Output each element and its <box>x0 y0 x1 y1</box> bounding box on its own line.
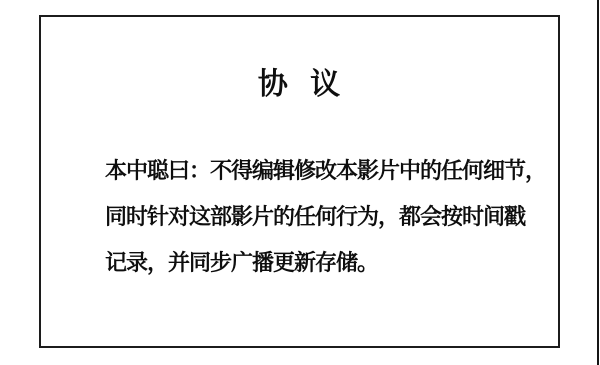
agreement-card: 协 议 本中聪曰：不得编辑修改本影片中的任何细节， 同时针对这部影片的任何行为，… <box>39 15 560 348</box>
agreement-body-line-2: 同时针对这部影片的任何行为，都会按时间戳 <box>105 194 520 240</box>
frame-edge-artifact-line <box>597 0 599 365</box>
video-frame: { "page": { "title": "协 议", "body_lines"… <box>0 0 600 365</box>
agreement-body: 本中聪曰：不得编辑修改本影片中的任何细节， 同时针对这部影片的任何行为，都会按时… <box>41 148 558 286</box>
agreement-body-line-3: 记录，并同步广播更新存储。 <box>105 240 520 286</box>
agreement-body-line-1: 本中聪曰：不得编辑修改本影片中的任何细节， <box>105 148 520 194</box>
agreement-title: 协 议 <box>41 67 558 103</box>
